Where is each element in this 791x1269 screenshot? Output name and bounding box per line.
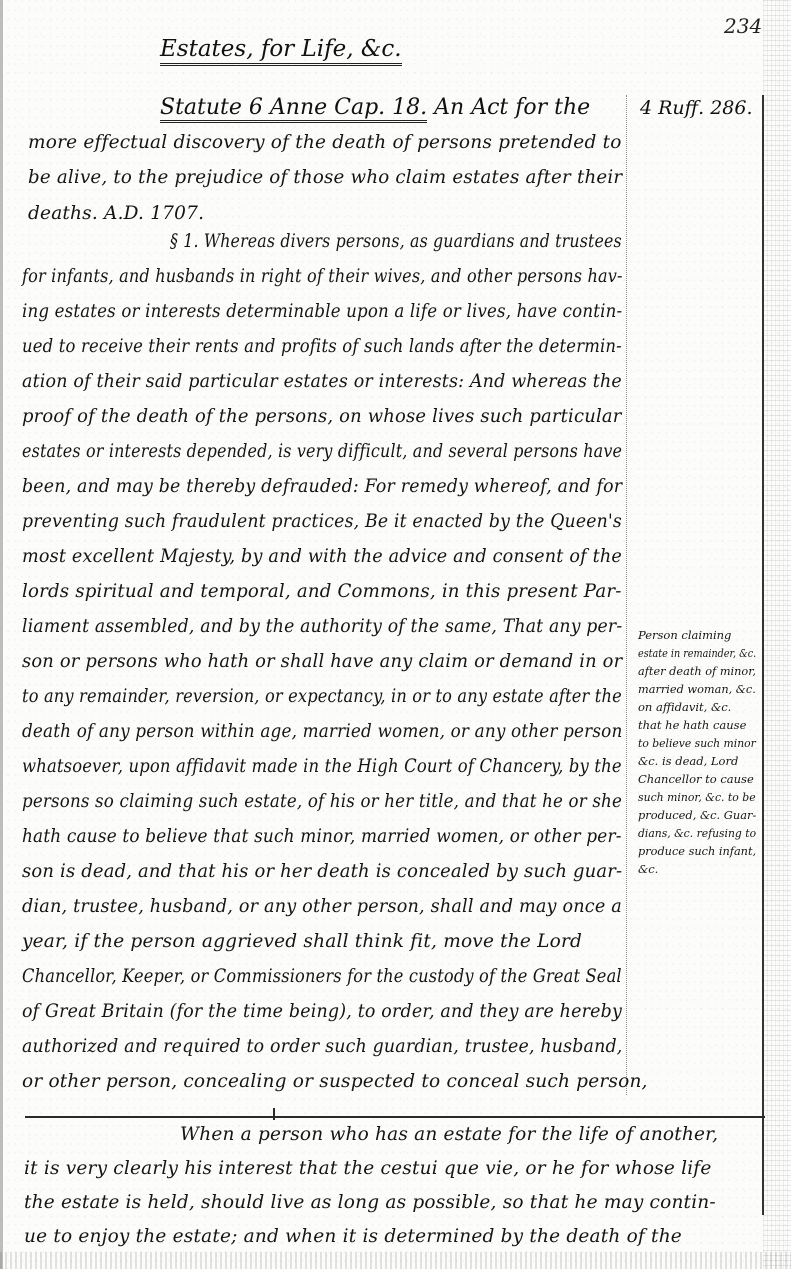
statute-line: Statute 6 Anne Cap. 18. An Act for the — [160, 95, 590, 120]
body-line: for infants, and husbands in right of th… — [22, 266, 623, 287]
scan-right-edge — [763, 0, 791, 1269]
body-line: estates or interests depended, is very d… — [22, 441, 622, 462]
body-line: to any remainder, reversion, or expectan… — [22, 686, 622, 707]
commentary-line: the estate is held, should live as long … — [24, 1192, 716, 1213]
body-line: son or persons who hath or shall have an… — [22, 651, 622, 672]
page-number: 234 — [724, 14, 762, 38]
margin-reference: 4 Ruff. 286. — [640, 97, 753, 119]
margin-note-line: to believe such minor — [638, 736, 756, 750]
body-line: authorized and required to order such gu… — [22, 1036, 622, 1057]
margin-rule-dotted — [626, 95, 627, 1095]
body-line: of Great Britain (for the time being), t… — [22, 1001, 622, 1022]
margin-note-line: Person claiming — [638, 628, 731, 642]
body-line: more effectual discovery of the death of… — [28, 132, 622, 153]
commentary-line: it is very clearly his interest that the… — [24, 1158, 712, 1179]
margin-note-line: produce such infant, — [638, 844, 756, 858]
commentary-line: ue to enjoy the estate; and when it is d… — [24, 1226, 682, 1247]
body-line: dian, trustee, husband, or any other per… — [22, 896, 622, 917]
body-line: persons so claiming such estate, of his … — [22, 791, 622, 812]
margin-note-line: after death of minor, — [638, 664, 756, 678]
body-line: year, if the person aggrieved shall thin… — [22, 931, 582, 952]
margin-rule-solid — [762, 95, 764, 1215]
body-line: son is dead, and that his or her death i… — [22, 861, 622, 882]
body-line: ing estates or interests determinable up… — [22, 301, 622, 322]
body-line: most excellent Majesty, by and with the … — [22, 546, 622, 567]
margin-note-line: Chancellor to cause — [638, 772, 754, 786]
margin-note-line: on affidavit, &c. — [638, 700, 731, 714]
body-line: be alive, to the prejudice of those who … — [28, 167, 622, 188]
section-divider — [25, 1116, 765, 1118]
statute-title: Statute 6 Anne Cap. 18. — [160, 95, 427, 123]
body-line: deaths. A.D. 1707. — [28, 203, 204, 224]
body-line: death of any person within age, married … — [22, 721, 622, 742]
divider-tick — [273, 1108, 275, 1120]
margin-note-line: &c. — [638, 862, 658, 876]
body-line: preventing such fraudulent practices, Be… — [22, 511, 622, 532]
body-line: ation of their said particular estates o… — [22, 371, 622, 392]
body-line: § 1. Whereas divers persons, as guardian… — [170, 231, 622, 252]
body-line: whatsoever, upon affidavit made in the H… — [22, 756, 622, 777]
body-line: hath cause to believe that such minor, m… — [22, 826, 622, 847]
scan-left-edge — [0, 0, 3, 1269]
margin-note-line: produced, &c. Guar- — [638, 808, 756, 822]
margin-note-line: that he hath cause — [638, 718, 746, 732]
body-line: been, and may be thereby defrauded: For … — [22, 476, 622, 497]
page-heading: Estates, for Life, &c. — [160, 36, 402, 66]
margin-note-line: such minor, &c. to be — [638, 790, 756, 804]
body-line: ued to receive their rents and profits o… — [22, 336, 622, 357]
statute-continuation: An Act for the — [434, 95, 590, 120]
body-line: liament assembled, and by the authority … — [22, 616, 622, 637]
body-line: Chancellor, Keeper, or Commissioners for… — [22, 966, 622, 987]
commentary-line: When a person who has an estate for the … — [180, 1124, 718, 1145]
body-line: lords spiritual and temporal, and Common… — [22, 581, 622, 602]
margin-note-line: estate in remainder, &c. — [638, 646, 756, 660]
margin-note-line: married woman, &c. — [638, 682, 756, 696]
body-line: or other person, concealing or suspected… — [22, 1071, 648, 1092]
body-line: proof of the death of the persons, on wh… — [22, 406, 622, 427]
manuscript-page: 234 Estates, for Life, &c. Statute 6 Ann… — [0, 0, 791, 1269]
margin-note-line: dians, &c. refusing to — [638, 826, 756, 840]
scan-bottom-edge — [0, 1252, 791, 1269]
margin-note-line: &c. is dead, Lord — [638, 754, 738, 768]
